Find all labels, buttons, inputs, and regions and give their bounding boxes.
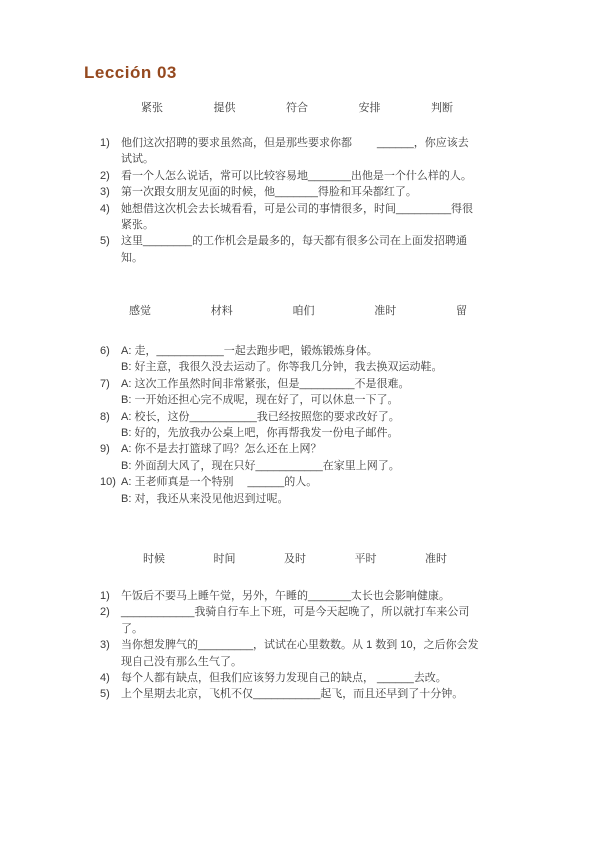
- item-text: A: 这次工作虽然时间非常紧张，但是_________不是很难。 B: 一开始还…: [121, 376, 538, 409]
- word-bank-word: 留: [456, 304, 467, 319]
- exercise-item: 4) 她想借这次机会去长城看看，可是公司的事情很多，时间_________得很 …: [100, 201, 538, 234]
- word-bank-word: 准时: [425, 552, 447, 567]
- item-number: 5): [100, 233, 121, 266]
- item-text: 每个人都有缺点，但我们应该努力发现自己的缺点， ______去改。: [121, 670, 538, 686]
- item-line: 第一次跟女朋友见面的时候，他_______得脸和耳朵都红了。: [121, 184, 538, 200]
- item-line: 现自己没有那么生气了。: [121, 654, 538, 670]
- item-text: 午饭后不要马上睡午觉，另外，午睡的_______太长也会影响健康。: [121, 588, 538, 604]
- word-bank-word: 及时: [284, 552, 306, 567]
- item-number: 3): [100, 184, 121, 200]
- exercise-item: 4) 每个人都有缺点，但我们应该努力发现自己的缺点， ______去改。: [100, 670, 538, 686]
- exercise-section-2: 6) A: 走，___________一起去跑步吧，锻炼锻炼身体。 B: 好主意…: [100, 343, 538, 507]
- dialogue-line-b: B: 外面刮大风了，现在只好___________在家里上网了。: [121, 458, 538, 474]
- exercise-item: 1) 他们这次招聘的要求虽然高，但是那些要求你都 ______，你应该去 试试。: [100, 135, 538, 168]
- item-line: 每个人都有缺点，但我们应该努力发现自己的缺点， ______去改。: [121, 670, 538, 686]
- dialogue-line-a: A: 走，___________一起去跑步吧，锻炼锻炼身体。: [121, 343, 538, 359]
- dialogue-line-b: B: 好主意，我很久没去运动了。你等我几分钟，我去换双运动鞋。: [121, 359, 538, 375]
- dialogue-line-a: A: 校长，这份___________我已经按照您的要求改好了。: [121, 409, 538, 425]
- word-bank-word: 准时: [374, 304, 396, 319]
- item-text: 当你想发脾气的_________，试试在心里数数。从 1 数到 10，之后你会发…: [121, 637, 538, 670]
- item-text: A: 走，___________一起去跑步吧，锻炼锻炼身体。 B: 好主意，我很…: [121, 343, 538, 376]
- item-number: 6): [100, 343, 121, 376]
- exercise-item: 6) A: 走，___________一起去跑步吧，锻炼锻炼身体。 B: 好主意…: [100, 343, 538, 376]
- word-bank-word: 符合: [286, 101, 308, 116]
- item-number: 2): [100, 168, 121, 184]
- word-bank-word: 时间: [214, 552, 236, 567]
- word-bank-word: 材料: [211, 304, 233, 319]
- item-number: 1): [100, 588, 121, 604]
- item-number: 10): [100, 474, 121, 507]
- exercise-item: 5) 这里________的工作机会是最多的，每天都有很多公司在上面发招聘通 知…: [100, 233, 538, 266]
- item-number: 8): [100, 409, 121, 442]
- exercise-section-1: 1) 他们这次招聘的要求虽然高，但是那些要求你都 ______，你应该去 试试。…: [100, 135, 538, 266]
- item-text: 他们这次招聘的要求虽然高，但是那些要求你都 ______，你应该去 试试。: [121, 135, 538, 168]
- item-line: 她想借这次机会去长城看看，可是公司的事情很多，时间_________得很: [121, 201, 538, 217]
- dialogue-line-b: B: 对，我还从来没见他迟到过呢。: [121, 491, 538, 507]
- word-bank-2: 感觉 材料 咱们 准时 留: [129, 304, 467, 319]
- item-number: 2): [100, 604, 121, 637]
- item-number: 4): [100, 201, 121, 234]
- word-bank-word: 感觉: [129, 304, 151, 319]
- item-number: 3): [100, 637, 121, 670]
- item-text: 这里________的工作机会是最多的，每天都有很多公司在上面发招聘通 知。: [121, 233, 538, 266]
- word-bank-word: 时候: [143, 552, 165, 567]
- item-line: 当你想发脾气的_________，试试在心里数数。从 1 数到 10，之后你会发: [121, 637, 538, 653]
- exercise-item: 3) 第一次跟女朋友见面的时候，他_______得脸和耳朵都红了。: [100, 184, 538, 200]
- item-line: 午饭后不要马上睡午觉，另外，午睡的_______太长也会影响健康。: [121, 588, 538, 604]
- word-bank-word: 安排: [359, 101, 381, 116]
- exercise-item: 3) 当你想发脾气的_________，试试在心里数数。从 1 数到 10，之后…: [100, 637, 538, 670]
- exercise-item: 10) A: 王老师真是一个特别 ______的人。 B: 对，我还从来没见他迟…: [100, 474, 538, 507]
- exercise-item: 5) 上个星期去北京，飞机不仅___________起飞，而且还早到了十分钟。: [100, 686, 538, 702]
- exercise-item: 7) A: 这次工作虽然时间非常紧张，但是_________不是很难。 B: 一…: [100, 376, 538, 409]
- dialogue-line-a: A: 你不是去打篮球了吗？怎么还在上网？: [121, 441, 538, 457]
- item-number: 5): [100, 686, 121, 702]
- worksheet-page: Lección 03 紧张 提供 符合 安排 判断 1) 他们这次招聘的要求虽然…: [0, 0, 599, 848]
- dialogue-line-a: A: 王老师真是一个特别 ______的人。: [121, 474, 538, 490]
- item-text: 第一次跟女朋友见面的时候，他_______得脸和耳朵都红了。: [121, 184, 538, 200]
- word-bank-1: 紧张 提供 符合 安排 判断: [141, 101, 453, 116]
- item-text: A: 你不是去打篮球了吗？怎么还在上网？ B: 外面刮大风了，现在只好_____…: [121, 441, 538, 474]
- word-bank-word: 咱们: [293, 304, 315, 319]
- item-number: 1): [100, 135, 121, 168]
- item-line: 试试。: [121, 151, 538, 167]
- item-text: 她想借这次机会去长城看看，可是公司的事情很多，时间_________得很 紧张。: [121, 201, 538, 234]
- word-bank-word: 平时: [355, 552, 377, 567]
- item-text: 看一个人怎么说话，常可以比较容易地_______出他是一个什么样的人。: [121, 168, 538, 184]
- item-text: A: 校长，这份___________我已经按照您的要求改好了。 B: 好的，先…: [121, 409, 538, 442]
- item-line: 了。: [121, 621, 538, 637]
- item-line: ____________我骑自行车上下班，可是今天起晚了，所以就打车来公司: [121, 604, 538, 620]
- word-bank-word: 紧张: [141, 101, 163, 116]
- lesson-title: Lección 03: [84, 63, 177, 83]
- dialogue-line-b: B: 好的，先放我办公桌上吧，你再帮我发一份电子邮件。: [121, 425, 538, 441]
- item-line: 这里________的工作机会是最多的，每天都有很多公司在上面发招聘通: [121, 233, 538, 249]
- word-bank-3: 时候 时间 及时 平时 准时: [143, 552, 447, 567]
- item-line: 知。: [121, 250, 538, 266]
- exercise-item: 2) 看一个人怎么说话，常可以比较容易地_______出他是一个什么样的人。: [100, 168, 538, 184]
- item-line: 他们这次招聘的要求虽然高，但是那些要求你都 ______，你应该去: [121, 135, 538, 151]
- word-bank-word: 提供: [214, 101, 236, 116]
- item-text: ____________我骑自行车上下班，可是今天起晚了，所以就打车来公司 了。: [121, 604, 538, 637]
- item-line: 紧张。: [121, 217, 538, 233]
- item-number: 7): [100, 376, 121, 409]
- item-number: 4): [100, 670, 121, 686]
- item-text: A: 王老师真是一个特别 ______的人。 B: 对，我还从来没见他迟到过呢。: [121, 474, 538, 507]
- dialogue-line-a: A: 这次工作虽然时间非常紧张，但是_________不是很难。: [121, 376, 538, 392]
- exercise-item: 8) A: 校长，这份___________我已经按照您的要求改好了。 B: 好…: [100, 409, 538, 442]
- exercise-item: 9) A: 你不是去打篮球了吗？怎么还在上网？ B: 外面刮大风了，现在只好__…: [100, 441, 538, 474]
- exercise-item: 2) ____________我骑自行车上下班，可是今天起晚了，所以就打车来公司…: [100, 604, 538, 637]
- item-line: 看一个人怎么说话，常可以比较容易地_______出他是一个什么样的人。: [121, 168, 538, 184]
- item-text: 上个星期去北京，飞机不仅___________起飞，而且还早到了十分钟。: [121, 686, 538, 702]
- exercise-item: 1) 午饭后不要马上睡午觉，另外，午睡的_______太长也会影响健康。: [100, 588, 538, 604]
- word-bank-word: 判断: [431, 101, 453, 116]
- item-line: 上个星期去北京，飞机不仅___________起飞，而且还早到了十分钟。: [121, 686, 538, 702]
- item-number: 9): [100, 441, 121, 474]
- exercise-section-3: 1) 午饭后不要马上睡午觉，另外，午睡的_______太长也会影响健康。 2) …: [100, 588, 538, 703]
- dialogue-line-b: B: 一开始还担心完不成呢，现在好了，可以休息一下了。: [121, 392, 538, 408]
